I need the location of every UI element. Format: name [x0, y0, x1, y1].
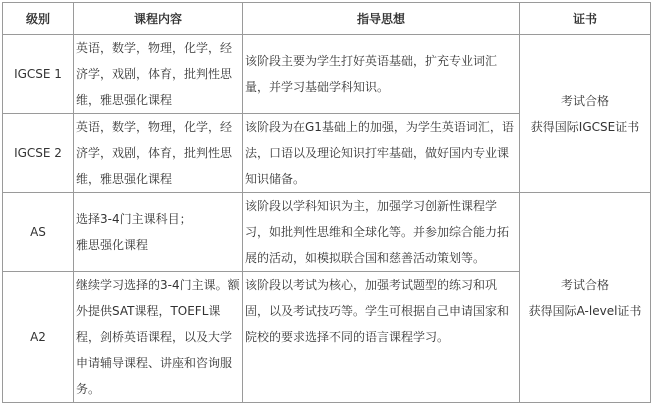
table-row: AS 选择3-4门主课科目； 雅思强化课程 该阶段以学科知识为主，加强学习创新性…: [3, 193, 651, 272]
course-table: 级别 课程内容 指导思想 证书 IGCSE 1 英语，数学，物理，化学，经济学，…: [2, 2, 651, 379]
certificate-cell: 考试合格 获得国际A-level证书: [520, 193, 651, 380]
level-cell: IGCSE 1: [3, 35, 74, 114]
guide-cell: 该阶段以考试为核心，加强考试题型的练习和巩固，以及考试技巧等。学生可根据自己申请…: [243, 272, 520, 380]
header-level: 级别: [3, 3, 74, 35]
level-cell: AS: [3, 193, 74, 272]
guide-cell: 该阶段为在G1基础上的加强，为学生英语词汇，语法，口语以及理论知识打牢基础，做好…: [243, 114, 520, 193]
content-cell: 继续学习选择的3-4门主课。额外提供SAT课程，TOEFL课程，剑桥英语课程，以…: [74, 272, 243, 380]
certificate-line2: 获得国际IGCSE证书: [522, 114, 648, 140]
level-cell: A2: [3, 272, 74, 380]
content-line: 选择3-4门主课科目；: [76, 206, 240, 232]
content-cell: 选择3-4门主课科目； 雅思强化课程: [74, 193, 243, 272]
header-row: 级别 课程内容 指导思想 证书: [3, 3, 651, 35]
certificate-line2: 获得国际A-level证书: [522, 298, 648, 324]
guide-cell: 该阶段以学科知识为主，加强学习创新性课程学习，如批判性思维和全球化等。并参加综合…: [243, 193, 520, 272]
certificate-line1: 考试合格: [522, 88, 648, 114]
guide-cell: 该阶段主要为学生打好英语基础，扩充专业词汇量，并学习基础学科知识。: [243, 35, 520, 114]
header-guide: 指导思想: [243, 3, 520, 35]
header-content: 课程内容: [74, 3, 243, 35]
content-cell: 英语，数学，物理，化学，经济学，戏剧，体育，批判性思维，雅思强化课程: [74, 114, 243, 193]
table-row: IGCSE 1 英语，数学，物理，化学，经济学，戏剧，体育，批判性思维，雅思强化…: [3, 35, 651, 114]
level-cell: IGCSE 2: [3, 114, 74, 193]
certificate-cell: 考试合格 获得国际IGCSE证书: [520, 35, 651, 193]
content-line: 雅思强化课程: [76, 232, 240, 258]
certificate-line1: 考试合格: [522, 272, 648, 298]
header-certificate: 证书: [520, 3, 651, 35]
content-cell: 英语，数学，物理，化学，经济学，戏剧，体育，批判性思维，雅思强化课程: [74, 35, 243, 114]
